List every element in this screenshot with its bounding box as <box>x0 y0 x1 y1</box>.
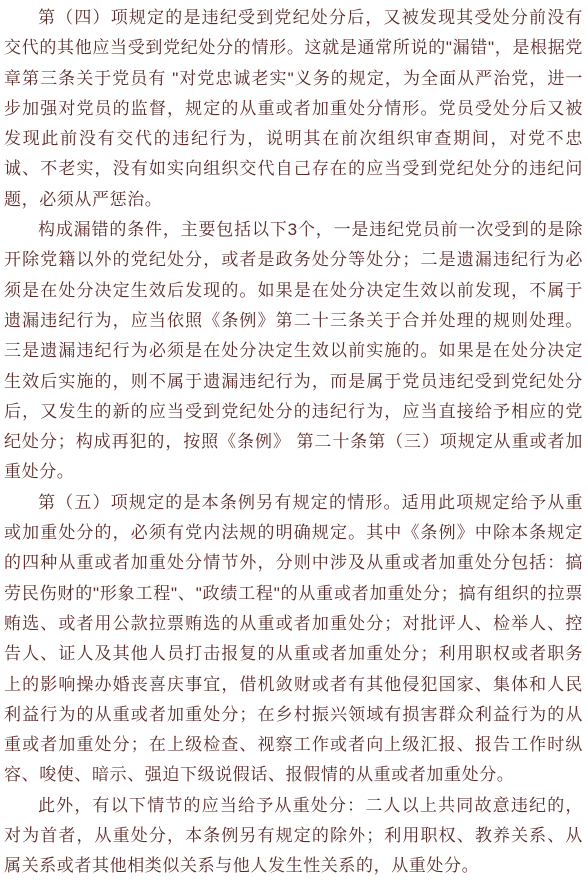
document-page: 第（四）项规定的是违纪受到党纪处分后，又被发现其受处分前没有交代的其他应当受到党… <box>0 0 588 880</box>
paragraph-3: 第（五）项规定的是本条例另有规定的情形。适用此项规定给予从重或加重处分的，必须有… <box>4 488 583 791</box>
paragraph-4: 此外，有以下情节的应当给予从重处分：二人以上共同故意违纪的，对为首者，从重处分，… <box>4 791 583 880</box>
document-body: 第（四）项规定的是违纪受到党纪处分后，又被发现其受处分前没有交代的其他应当受到党… <box>4 3 583 880</box>
paragraph-2: 构成漏错的条件，主要包括以下3个，一是违纪党员前一次受到的是除开除党籍以外的党纪… <box>4 215 583 488</box>
paragraph-1: 第（四）项规定的是违纪受到党纪处分后，又被发现其受处分前没有交代的其他应当受到党… <box>4 3 583 215</box>
